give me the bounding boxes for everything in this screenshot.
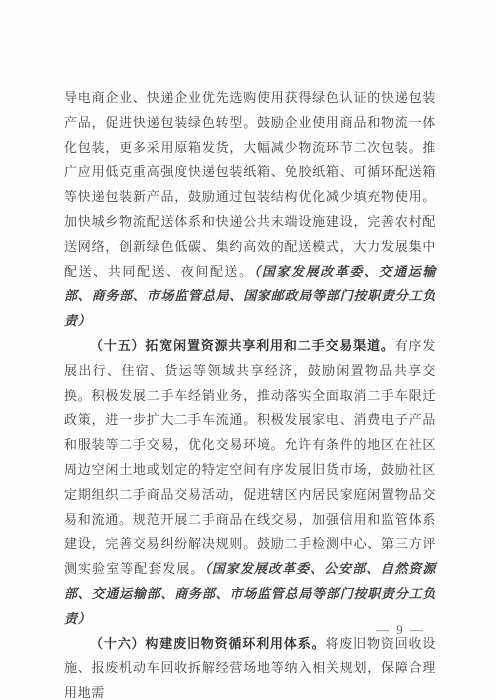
body-text: 有序发展出行、住宿、货运等领域共享经济，鼓励闲置物品共享交换。积极发展二手车经销… — [64, 338, 436, 576]
section-heading: （十六）构建废旧物资循环利用体系。 — [90, 636, 325, 651]
page-number: — 9 — — [376, 622, 425, 638]
paragraph: （十五）拓宽闲置资源共享利用和二手交易渠道。有序发展出行、住宿、货运等领域共享经… — [64, 334, 436, 632]
document-body: 导电商企业、快递企业优先选购使用获得绿色认证的快递包装产品，促进快递包装绿色转型… — [64, 86, 436, 700]
section-heading: （十五）拓宽闲置资源共享利用和二手交易渠道。 — [90, 338, 395, 353]
body-text: 导电商企业、快递企业优先选购使用获得绿色认证的快递包装产品，促进快递包装绿色转型… — [64, 90, 436, 279]
paragraph: 导电商企业、快递企业优先选购使用获得绿色认证的快递包装产品，促进快递包装绿色转型… — [64, 86, 436, 334]
document-page: 导电商企业、快递企业优先选购使用获得绿色认证的快递包装产品，促进快递包装绿色转型… — [0, 0, 495, 700]
paragraph: （十六）构建废旧物资循环利用体系。将废旧物资回收设施、报废机动车回收拆解经营场地… — [64, 632, 436, 700]
